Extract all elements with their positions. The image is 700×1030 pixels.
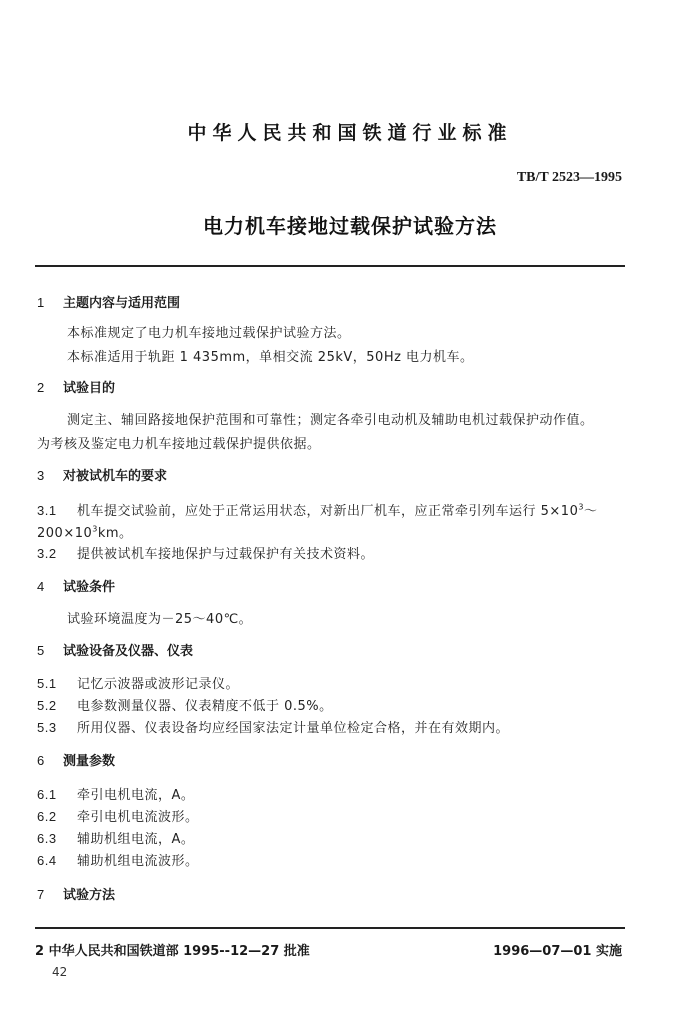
item-5-3: 5.3所用仪器、仪表设备均应经国家法定计量单位检定合格，并在有效期内。: [37, 717, 509, 736]
section-1-para-1: 本标准规定了电力机车接地过载保护试验方法。: [67, 322, 351, 341]
standard-code: TB/T 2523—1995: [517, 170, 622, 186]
section-4-para-1: 试验环境温度为－25～40℃。: [67, 608, 252, 627]
implementation-date: 1996—07—01 实施: [493, 940, 622, 959]
section-6-title: 测量参数: [63, 754, 115, 769]
section-5-title: 试验设备及仪器、仪表: [63, 644, 193, 659]
approval-line: 2 中华人民共和国铁道部 1995--12—27 批准: [35, 940, 310, 959]
section-1-title: 主题内容与适用范围: [63, 296, 180, 311]
item-3-1: 3.1机车提交试验前，应处于正常运用状态，对新出厂机车，应正常牵引列车运行 5×…: [37, 500, 597, 519]
page-number: 42: [52, 965, 67, 979]
section-2-para-1: 测定主、辅回路接地保护范围和可靠性；测定各牵引电动机及辅助电机过载保护动作值。: [67, 409, 594, 428]
section-5-heading: 5试验设备及仪器、仪表: [37, 640, 193, 659]
item-5-1: 5.1记忆示波器或波形记录仪。: [37, 673, 239, 692]
item-3-2: 3.2提供被试机车接地保护与过载保护有关技术资料。: [37, 543, 374, 562]
section-7-title: 试验方法: [63, 888, 115, 903]
section-4-title: 试验条件: [63, 580, 115, 595]
section-3-heading: 3对被试机车的要求: [37, 465, 167, 484]
section-1-para-2: 本标准适用于轨距 1 435mm，单相交流 25kV，50Hz 电力机车。: [67, 346, 474, 365]
section-2-title: 试验目的: [63, 381, 115, 396]
item-6-4: 6.4辅助机组电流波形。: [37, 850, 199, 869]
section-4-heading: 4试验条件: [37, 576, 115, 595]
section-2-para-2: 为考核及鉴定电力机车接地过载保护提供依据。: [37, 433, 321, 452]
section-2-heading: 2试验目的: [37, 377, 115, 396]
item-6-1: 6.1牵引电机电流，A。: [37, 784, 194, 803]
section-1-heading: 1主题内容与适用范围: [37, 292, 180, 311]
section-3-title: 对被试机车的要求: [63, 469, 167, 484]
standard-title: 中华人民共和国铁道行业标准: [0, 118, 700, 145]
section-7-heading: 7试验方法: [37, 884, 115, 903]
top-rule: [35, 265, 625, 267]
bottom-rule: [35, 927, 625, 929]
item-6-3: 6.3辅助机组电流，A。: [37, 828, 194, 847]
item-3-1-cont: 200×103km。: [37, 522, 133, 541]
document-title: 电力机车接地过载保护试验方法: [0, 210, 700, 239]
item-5-2: 5.2电参数测量仪器、仪表精度不低于 0.5%。: [37, 695, 333, 714]
item-6-2: 6.2牵引电机电流波形。: [37, 806, 199, 825]
section-6-heading: 6测量参数: [37, 750, 115, 769]
